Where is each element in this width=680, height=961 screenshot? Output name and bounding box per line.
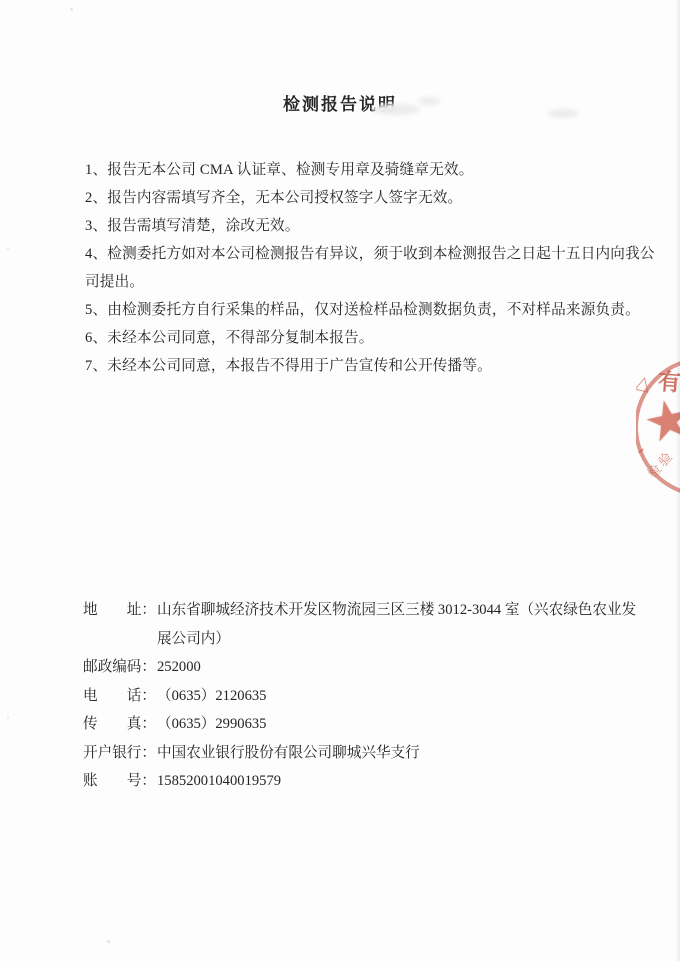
seal-star-icon: ★: [639, 390, 680, 453]
notes-list: 1、报告无本公司 CMA 认证章、检测专用章及骑缝章无效。 2、报告内容需填写齐…: [85, 156, 643, 380]
contact-label: 传 真：: [83, 710, 157, 739]
address-line-1: 山东省聊城经济技术开发区物流园三区三楼 3012-3044 室（兴农绿色农业发: [157, 596, 636, 625]
report-notes-document: 检测报告说明 1、报告无本公司 CMA 认证章、检测专用章及骑缝章无效。 2、报…: [0, 0, 680, 961]
contact-label: 账 号：: [83, 767, 157, 796]
contact-row-account: 账 号： 15852001040019579: [83, 767, 645, 796]
contact-value: 252000: [157, 653, 201, 682]
contact-value: （0635）2990635: [157, 710, 266, 739]
note-text: 1、报告无本公司 CMA 认证章、检测专用章及骑缝章无效。: [85, 156, 643, 184]
contact-value: 山东省聊城经济技术开发区物流园三区三楼 3012-3044 室（兴农绿色农业发 …: [157, 596, 636, 653]
scan-speck: [70, 8, 73, 11]
seal-ring-text: 检验: [642, 445, 678, 482]
scan-smudge: [372, 104, 420, 115]
page-scan-edge: [676, 0, 680, 961]
contact-value: 中国农业银行股份有限公司聊城兴华支行: [157, 739, 420, 768]
contact-label: 地 址：: [83, 596, 157, 625]
note-text: 4、检测委托方如对本公司检测报告有异议，须于收到本检测报告之日起十五日内向我公: [85, 240, 643, 268]
contact-label: 电 话：: [83, 682, 157, 711]
contact-row-phone: 电 话： （0635）2120635: [83, 682, 645, 711]
contact-label: 开户银行：: [83, 739, 157, 768]
contact-value: （0635）2120635: [157, 682, 266, 711]
seal-mark-icon: [638, 448, 644, 453]
note-text: 3、报告需填写清楚，涂改无效。: [85, 212, 643, 240]
address-line-2: 展公司内）: [157, 625, 636, 654]
contact-row-fax: 传 真： （0635）2990635: [83, 710, 645, 739]
scan-speck: [107, 940, 110, 943]
scan-smudge: [548, 109, 578, 118]
list-item: 3、报告需填写清楚，涂改无效。: [85, 212, 643, 240]
note-text: 6、未经本公司同意，不得部分复制本报告。: [85, 324, 643, 352]
note-text: 司提出。: [85, 268, 643, 296]
list-item: 1、报告无本公司 CMA 认证章、检测专用章及骑缝章无效。: [85, 156, 643, 184]
note-text: 5、由检测委托方自行采集的样品，仅对送检样品检测数据负责，不对样品来源负责。: [85, 296, 643, 324]
contact-block: 地 址： 山东省聊城经济技术开发区物流园三区三楼 3012-3044 室（兴农绿…: [83, 596, 645, 796]
page-title: 检测报告说明: [0, 90, 680, 115]
contact-row-bank: 开户银行： 中国农业银行股份有限公司聊城兴华支行: [83, 739, 645, 768]
list-item: 7、未经本公司同意，本报告不得用于广告宣传和公开传播等。: [85, 352, 643, 380]
list-item: 2、报告内容需填写齐全，无本公司授权签字人签字无效。: [85, 184, 643, 212]
contact-label: 邮政编码：: [83, 653, 157, 682]
scan-speck: [7, 716, 9, 719]
scan-smudge: [418, 97, 440, 105]
list-item: 5、由检测委托方自行采集的样品，仅对送检样品检测数据负责，不对样品来源负责。: [85, 296, 643, 324]
note-text: 7、未经本公司同意，本报告不得用于广告宣传和公开传播等。: [85, 352, 643, 380]
list-item: 6、未经本公司同意，不得部分复制本报告。: [85, 324, 643, 352]
list-item: 4、检测委托方如对本公司检测报告有异议，须于收到本检测报告之日起十五日内向我公 …: [85, 240, 643, 296]
scan-speck: [7, 247, 9, 250]
note-text: 2、报告内容需填写齐全，无本公司授权签字人签字无效。: [85, 184, 643, 212]
contact-row-address: 地 址： 山东省聊城经济技术开发区物流园三区三楼 3012-3044 室（兴农绿…: [83, 596, 645, 653]
contact-value: 15852001040019579: [157, 767, 281, 796]
contact-row-postal: 邮政编码： 252000: [83, 653, 645, 682]
